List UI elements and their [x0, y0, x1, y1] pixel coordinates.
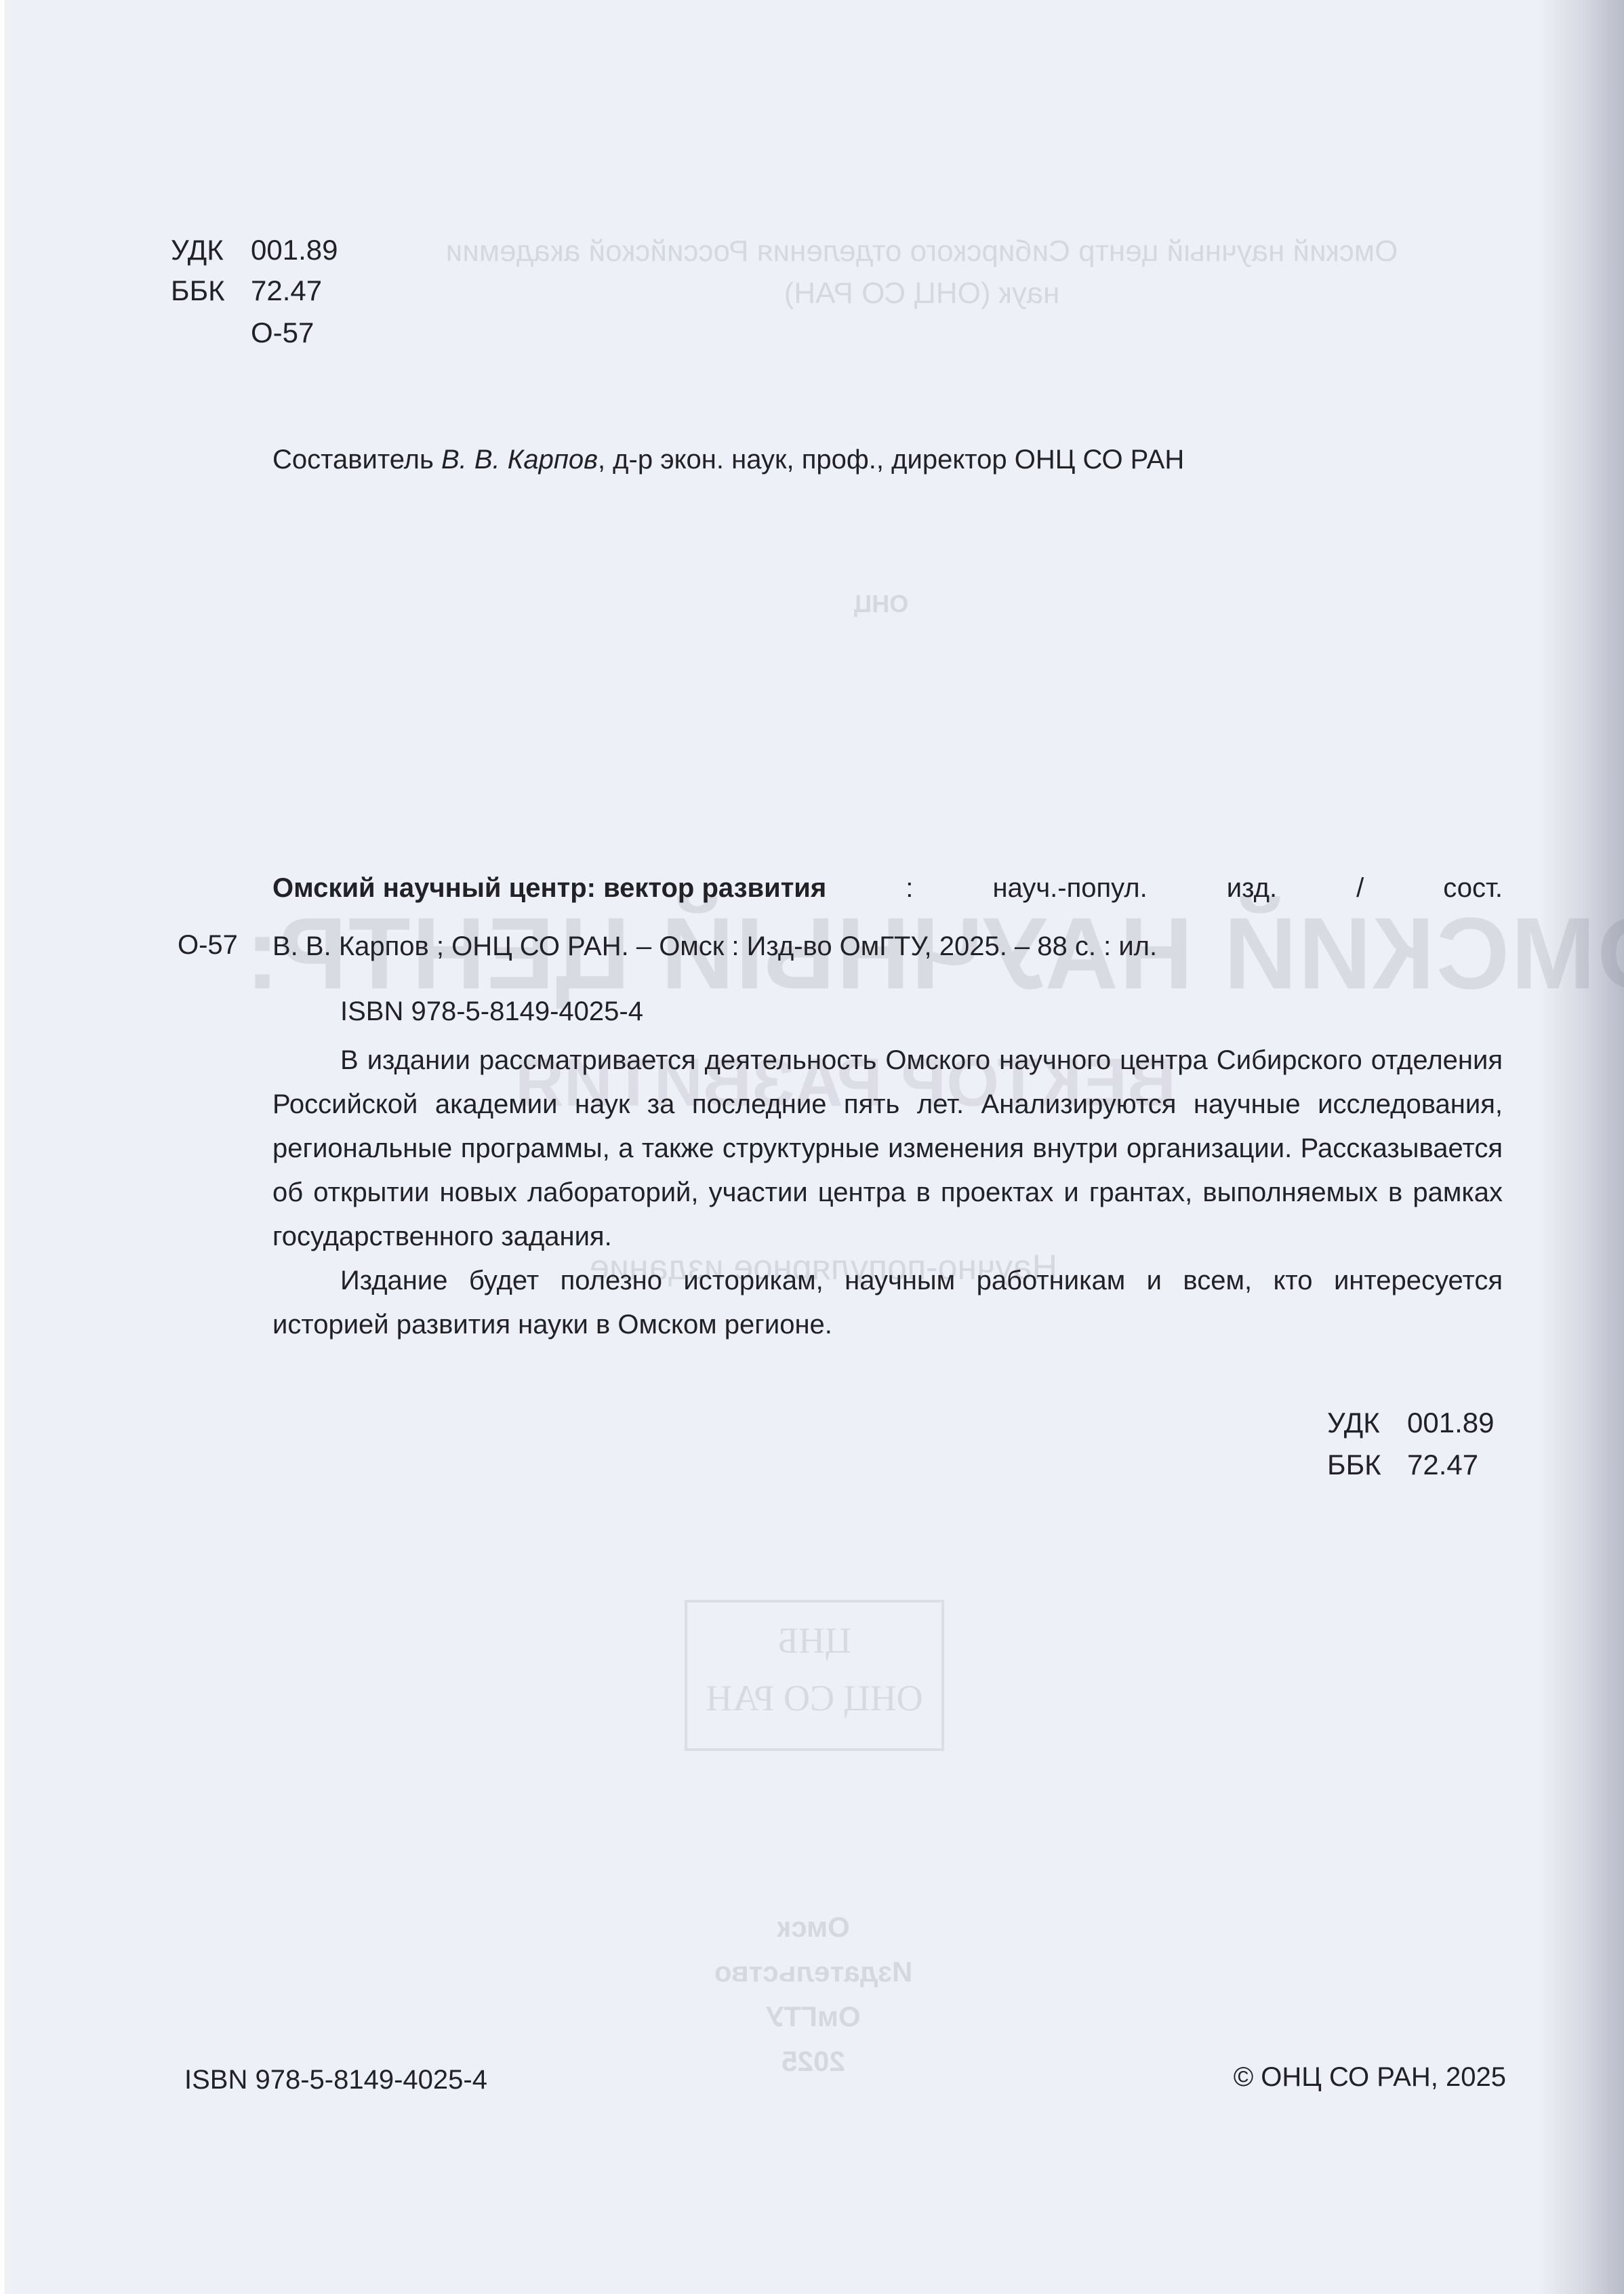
bleed-imprint-year: 2025: [678, 2039, 949, 2084]
abstract-paragraph: Издание будет полезно историкам, научным…: [272, 1259, 1503, 1347]
bbk-value: 72.47: [251, 275, 322, 306]
udk-code-bottom: УДК001.89: [1327, 1409, 1494, 1437]
author-mark-top: О-57: [251, 319, 314, 347]
abstract: В издании рассматривается деятельность О…: [272, 1039, 1503, 1347]
compiler-prefix: Составитель: [272, 445, 441, 475]
entry-isbn: ISBN 978-5-8149-4025-4: [340, 997, 643, 1027]
copyright-notice: © ОНЦ СО РАН, 2025: [1234, 2064, 1506, 2091]
bleed-imprint-publisher: Издательство ОмГТУ: [678, 1950, 949, 2039]
entry-part: изд.: [1227, 874, 1277, 902]
stamp-line1: ЦНБ: [687, 1619, 941, 1662]
udk-label: УДК: [1327, 1409, 1407, 1437]
entry-part: :: [906, 874, 913, 902]
bleed-imprint: Омск Издательство ОмГТУ 2025: [678, 1905, 949, 2084]
library-stamp: ЦНБ ОНЦ СО РАН: [685, 1600, 944, 1751]
entry-part: науч.-попул.: [992, 874, 1147, 902]
bleed-imprint-city: Омск: [678, 1905, 949, 1950]
bbk-label: ББК: [1327, 1451, 1407, 1479]
entry-part: /: [1356, 874, 1364, 902]
footer-isbn: ISBN 978-5-8149-4025-4: [184, 2066, 487, 2093]
compiler-suffix: , д-р экон. наук, проф., директор ОНЦ СО…: [598, 445, 1184, 475]
stamp-line2: ОНЦ СО РАН: [687, 1677, 941, 1719]
entry-title-line: Омский научный центр: вектор развития : …: [272, 874, 1503, 902]
udk-label: УДК: [171, 236, 251, 264]
bbk-label: ББК: [171, 277, 251, 305]
udk-value: 001.89: [1407, 1407, 1494, 1438]
entry-imprint-line: В. В. Карпов ; ОНЦ СО РАН. – Омск : Изд-…: [272, 931, 1157, 962]
udk-value: 001.89: [251, 234, 338, 266]
book-title: Омский научный центр: вектор развития: [272, 874, 826, 902]
entry-part: сост.: [1443, 874, 1503, 902]
udk-code-top: УДК001.89: [171, 236, 338, 264]
bbk-value: 72.47: [1407, 1449, 1478, 1481]
bbk-code-top: ББК72.47: [171, 277, 322, 305]
page-edge: [0, 0, 4, 2294]
compiler-line: Составитель В. В. Карпов, д-р экон. наук…: [272, 446, 1184, 473]
scanned-page: Омский научный центр Сибирского отделени…: [0, 0, 1624, 2294]
bleed-logo-text: ОНЦ: [854, 590, 908, 618]
compiler-name: В. В. Карпов: [441, 445, 598, 475]
author-mark-entry: О-57: [178, 931, 238, 959]
bleed-org-name: Омский научный центр Сибирского отделени…: [420, 230, 1423, 315]
abstract-paragraph: В издании рассматривается деятельность О…: [272, 1039, 1503, 1259]
bbk-code-bottom: ББК72.47: [1327, 1451, 1478, 1479]
catalog-entry: Омский научный центр: вектор развития : …: [272, 874, 1503, 902]
